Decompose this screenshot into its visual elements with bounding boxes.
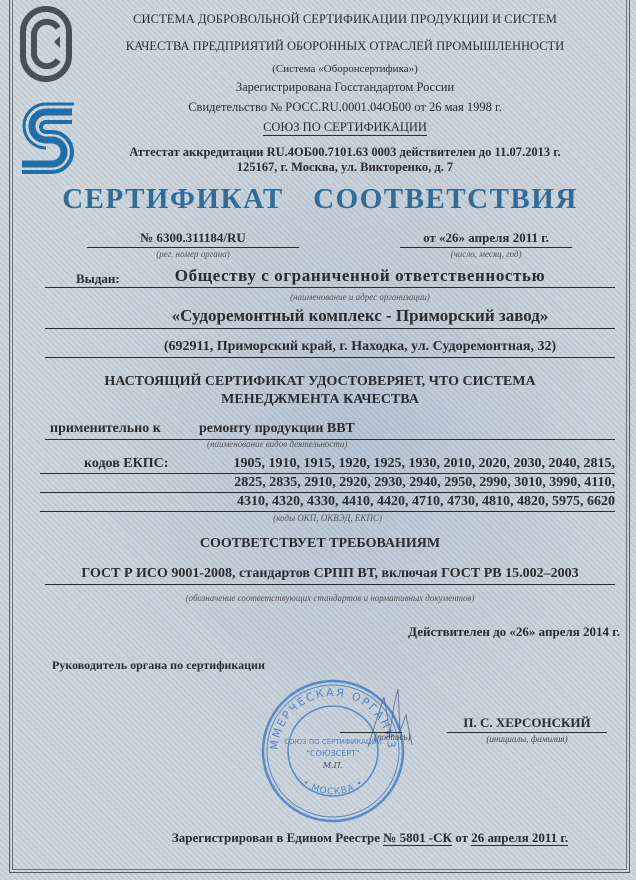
header-line-4: Зарегистрирована Госстандартом России bbox=[85, 80, 605, 95]
application-value: ремонту продукции ВВТ bbox=[199, 421, 355, 436]
validity-date: Действителен до «26» апреля 2014 г. bbox=[408, 624, 620, 640]
signature-caption: (подпись) bbox=[374, 732, 411, 742]
application-prefix: применительно к bbox=[50, 421, 199, 437]
statement-line-2: МЕНЕДЖМЕНТА КАЧЕСТВА bbox=[30, 392, 610, 408]
application-caption: (наименование видов деятельности) bbox=[45, 439, 615, 449]
signatory-role: Руководитель органа по сертификации bbox=[52, 658, 265, 673]
stamp-bottom-text: • МОСКВА • bbox=[300, 778, 365, 797]
header-line-8: 125167, г. Москва, ул. Викторенко, д. 7 bbox=[85, 160, 605, 175]
stamp-center-line-3: М.П. bbox=[322, 761, 343, 770]
oboronsert-c-logo-icon bbox=[20, 6, 72, 82]
issued-caption: (наименование и адрес организации) bbox=[45, 292, 615, 302]
union-name: СОЮЗ ПО СЕРТИФИКАЦИИ bbox=[263, 120, 427, 136]
header-line-1: СИСТЕМА ДОБРОВОЛЬНОЙ СЕРТИФИКАЦИИ ПРОДУК… bbox=[85, 12, 605, 27]
registry-mid: от bbox=[455, 830, 468, 845]
registry-line: Зарегистрирован в Едином Реестре № 5801 … bbox=[20, 830, 620, 846]
certificate-title: СЕРТИФИКАТ СООТВЕТСТВИЯ bbox=[20, 183, 620, 216]
handwritten-signature-icon bbox=[360, 685, 420, 755]
issued-to-line-2: «Судоремонтный комплекс - Приморский зав… bbox=[45, 306, 615, 329]
issued-to-line-1: Обществу с ограниченной ответственностью bbox=[45, 266, 615, 288]
standards-list: ГОСТ Р ИСО 9001-2008, стандартов СРПП ВТ… bbox=[45, 566, 615, 585]
signatory-name: П. С. ХЕРСОНСКИЙ bbox=[447, 715, 607, 733]
codes-label: кодов ЕКПС: bbox=[84, 456, 168, 472]
registration-number-caption: (рег. номер органа) bbox=[87, 249, 299, 259]
header-line-5: Свидетельство № РОСС.RU.0001.04ОБ00 от 2… bbox=[85, 100, 605, 115]
issued-label: Выдан: bbox=[76, 271, 120, 287]
statement-line-1: НАСТОЯЩИЙ СЕРТИФИКАТ УДОСТОВЕРЯЕТ, ЧТО С… bbox=[30, 374, 610, 390]
registration-date: от «26» апреля 2011 г. bbox=[400, 230, 572, 248]
registry-date: 26 апреля 2011 г. bbox=[471, 830, 568, 846]
codes-row: 4310, 4320, 4330, 4410, 4420, 4710, 4730… bbox=[40, 494, 615, 512]
issued-to-address: (692911, Приморский край, г. Находка, ул… bbox=[45, 339, 615, 358]
header-line-2: КАЧЕСТВА ПРЕДПРИЯТИЙ ОБОРОННЫХ ОТРАСЛЕЙ … bbox=[85, 39, 605, 54]
registry-number: № 5801 -СК bbox=[383, 830, 452, 846]
signatory-name-caption: (инициалы, фамилия) bbox=[447, 734, 607, 744]
stamp-center-line-2: "СОЮЗСЕРТ" bbox=[306, 749, 359, 758]
header-line-3: (Система «Оборонсертифика») bbox=[85, 63, 605, 75]
application-scope: применительно кремонту продукции ВВТ bbox=[45, 421, 615, 440]
soyuz-s-logo-icon bbox=[18, 98, 78, 176]
registration-date-caption: (число, месяц, год) bbox=[400, 249, 572, 259]
codes-row: 2825, 2835, 2910, 2920, 2930, 2940, 2950… bbox=[40, 475, 615, 493]
header-line-7: Аттестат аккредитации RU.4ОБ00.7101.63 0… bbox=[85, 145, 605, 160]
requirements-heading: СООТВЕТСТВУЕТ ТРЕБОВАНИЯМ bbox=[20, 536, 620, 552]
registration-number: № 6300.311184/RU bbox=[87, 230, 299, 248]
certificate-page: СИСТЕМА ДОБРОВОЛЬНОЙ СЕРТИФИКАЦИИ ПРОДУК… bbox=[0, 0, 636, 880]
header-line-6: СОЮЗ ПО СЕРТИФИКАЦИИ bbox=[85, 120, 605, 135]
registry-prefix: Зарегистрирован в Едином Реестре bbox=[172, 830, 380, 845]
standards-caption: (обозначение соответствующих стандартов … bbox=[45, 593, 615, 603]
svg-text:• МОСКВА •: • МОСКВА • bbox=[300, 778, 365, 797]
codes-caption: (коды ОКП, ОКВЭД, ЕКПС) bbox=[40, 513, 615, 523]
